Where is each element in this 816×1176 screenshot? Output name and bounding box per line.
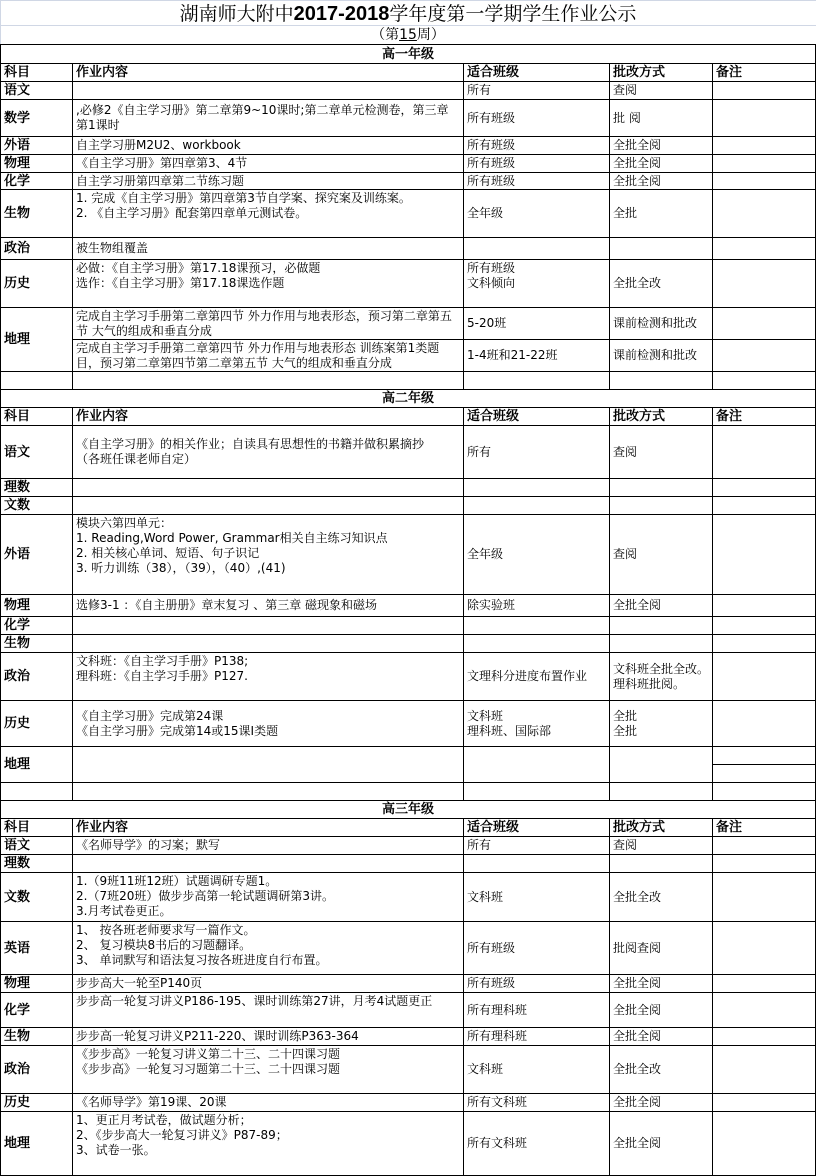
column-header: 备注: [712, 818, 816, 837]
grading-cell-text: 全批全阅: [613, 1136, 661, 1151]
grade-band: 高二年级: [0, 389, 816, 408]
subject-cell: 语文: [0, 425, 73, 479]
subject-cell: 文数: [0, 496, 73, 515]
grading-cell: 全批全阅: [609, 136, 713, 155]
note-cell: [712, 259, 816, 308]
classes-cell-text: 所有班级: [467, 174, 515, 189]
note-cell: [712, 782, 816, 801]
subject-cell: 历史: [0, 259, 73, 308]
note-cell: [712, 764, 816, 783]
note-cell: [712, 854, 816, 873]
column-header: 批改方式: [609, 818, 713, 837]
column-header-text: 批改方式: [613, 65, 665, 80]
subject-cell: 理数: [0, 478, 73, 497]
note-cell: [712, 974, 816, 993]
content-cell: [72, 81, 464, 100]
grading-cell: 全批全改: [609, 1045, 713, 1094]
grade-band-text: 高二年级: [382, 391, 434, 406]
content-cell-text: 1、更正月考试卷，做试题分析； 2、《步步高大一轮复习讲义》P87-89； 3、…: [76, 1113, 288, 1158]
subject-cell-text: 外语: [4, 138, 30, 153]
subject-cell: [0, 371, 73, 390]
subject-cell-text: 化学: [4, 1003, 30, 1018]
subject-cell-text: 理数: [4, 856, 30, 871]
content-cell-text: 步步高一轮复习讲义P211-220、课时训练P363-364: [76, 1029, 359, 1044]
content-cell-text: 《自主学习册》第四章第3、4节: [76, 156, 247, 171]
grading-cell-text: 课前检测和批改: [613, 348, 697, 363]
classes-cell: 文理科分进度布置作业: [463, 652, 610, 701]
grading-cell-text: 全批全改: [613, 276, 661, 291]
subject-cell: 文数: [0, 872, 73, 922]
grading-cell-text: 课前检测和批改: [613, 316, 697, 331]
content-cell: 自主学习册M2U2、workbook: [72, 136, 464, 155]
note-cell: [712, 1027, 816, 1046]
subject-cell: 政治: [0, 652, 73, 701]
classes-cell: [463, 371, 610, 390]
grading-cell-text: 查阅: [613, 547, 637, 562]
content-cell: 《自主学习册》完成第24课 《自主学习册》完成第14或15课Ⅰ类题: [72, 700, 464, 747]
grading-cell: 全批全阅: [609, 1027, 713, 1046]
grade-band-text: 高一年级: [382, 47, 434, 62]
content-cell: [72, 496, 464, 515]
subject-cell: 生物: [0, 1027, 73, 1046]
content-cell: [72, 782, 464, 801]
subject-cell: 物理: [0, 974, 73, 993]
classes-cell-text: 所有: [467, 838, 491, 853]
classes-cell-text: 所有班级: [467, 156, 515, 171]
grading-cell-text: 文科班全批全改。理科班批阅。: [613, 662, 709, 692]
classes-cell: [463, 616, 610, 635]
classes-cell-text: 所有理科班: [467, 1029, 527, 1044]
subject-cell-text: 化学: [4, 618, 30, 633]
classes-cell-text: 所有理科班: [467, 1003, 527, 1018]
content-cell-text: 1. 完成《自主学习册》第四章第3节自学案、探究案及训练案。 2. 《自主学习册…: [76, 191, 411, 221]
subject-cell-text: 物理: [4, 156, 30, 171]
grading-cell-text: 全批全阅: [613, 138, 661, 153]
classes-cell: 所有班级 文科倾向: [463, 259, 610, 308]
subject-cell: 语文: [0, 836, 73, 855]
classes-cell-text: 5-20班: [467, 316, 506, 331]
content-cell-text: ,必修2《自主学习册》第二章第9~10课时;第二章单元检测卷，第三章第1课时: [76, 103, 460, 133]
grade-band: 高一年级: [0, 44, 816, 64]
page-title: 湖南师大附中2017-2018学年度第一学期学生作业公示: [0, 0, 816, 26]
content-cell-text: 自主学习册第四章第二节练习题: [76, 174, 244, 189]
subject-cell: 地理: [0, 746, 73, 783]
classes-cell-text: 全年级: [467, 547, 503, 562]
note-cell: [712, 652, 816, 701]
column-header: 备注: [712, 63, 816, 82]
classes-cell-text: 文理科分进度布置作业: [467, 669, 587, 684]
subject-cell-text: 地理: [4, 332, 30, 347]
column-header: 适合班级: [463, 407, 610, 426]
grading-cell: 全批: [609, 189, 713, 238]
content-cell: 被生物组覆盖: [72, 237, 464, 260]
subject-cell-text: 政治: [4, 1062, 30, 1077]
subject-cell: 理数: [0, 854, 73, 873]
classes-cell-text: 全年级: [467, 206, 503, 221]
column-header-text: 作业内容: [76, 409, 128, 424]
note-cell: [712, 371, 816, 390]
note-cell: [712, 746, 816, 765]
note-cell: [712, 136, 816, 155]
content-cell-text: 步步高一轮复习讲义P186-195、课时训练第27讲，月考4试题更正: [76, 994, 432, 1009]
column-header-text: 适合班级: [467, 65, 519, 80]
classes-cell-text: 所有班级: [467, 111, 515, 126]
classes-cell: 所有班级: [463, 921, 610, 975]
grading-cell: [609, 237, 713, 260]
grading-cell-text: 全批全阅: [613, 598, 661, 613]
subject-cell-text: 生物: [4, 1029, 30, 1044]
grading-cell: 查阅: [609, 836, 713, 855]
grading-cell: 查阅: [609, 425, 713, 479]
grading-cell: 批阅查阅: [609, 921, 713, 975]
content-cell-text: 1.（9班11班12班）试题调研专题1。 2.（7班20班）做步步高第一轮试题调…: [76, 874, 334, 919]
grading-cell: [609, 634, 713, 653]
subject-cell: 外语: [0, 514, 73, 595]
content-cell-text: 模块六第四单元： 1. Reading,Word Power, Grammar相…: [76, 516, 388, 576]
classes-cell-text: 所有班级: [467, 941, 515, 956]
column-header: 科目: [0, 407, 73, 426]
grading-cell-text: 全批 全批: [613, 709, 637, 739]
grading-cell-text: 全批全改: [613, 1062, 661, 1077]
subject-cell: 政治: [0, 1045, 73, 1094]
column-header-text: 批改方式: [613, 820, 665, 835]
content-cell-text: 步步高大一轮至P140页: [76, 976, 202, 991]
classes-cell: 全年级: [463, 514, 610, 595]
content-cell-text: 完成自主学习手册第二章第四节 外力作用与地表形态 训练案第1类题目，预习第二章第…: [76, 341, 460, 371]
grading-cell-text: 全批全阅: [613, 1095, 661, 1110]
subject-cell-text: 政治: [4, 241, 30, 256]
subject-cell: 地理: [0, 1111, 73, 1176]
classes-cell: 所有文科班: [463, 1111, 610, 1176]
grading-cell-text: 批 阅: [613, 111, 641, 126]
content-cell: 完成自主学习手册第二章第四节 外力作用与地表形态 训练案第1类题目，预习第二章第…: [72, 339, 464, 372]
subject-cell-text: 外语: [4, 547, 30, 562]
column-header: 作业内容: [72, 407, 464, 426]
classes-cell-text: 所有文科班: [467, 1095, 527, 1110]
classes-cell: 除实验班: [463, 594, 610, 617]
content-cell: 《名师导学》的习案；默写: [72, 836, 464, 855]
column-header: 适合班级: [463, 63, 610, 82]
subject-cell-text: 生物: [4, 206, 30, 221]
subject-cell: 物理: [0, 154, 73, 173]
note-cell: [712, 172, 816, 190]
subject-cell: 外语: [0, 136, 73, 155]
classes-cell-text: 所有: [467, 83, 491, 98]
classes-cell-text: 文科班: [467, 1062, 503, 1077]
note-cell: [712, 237, 816, 260]
classes-cell: [463, 634, 610, 653]
note-cell: [712, 1111, 816, 1176]
content-cell: 选修3-1 ：《自主册册》章末复习 、第三章 磁现象和磁场: [72, 594, 464, 617]
content-cell-text: 《步步高》一轮复习讲义第二十三、二十四课习题 《步步高》一轮复习习题第二十三、二…: [76, 1047, 340, 1077]
content-cell: 必做：《自主学习册》第17.18课预习，必做题 选作：《自主学习册》第17.18…: [72, 259, 464, 308]
subject-cell: [0, 782, 73, 801]
subject-cell-text: 英语: [4, 941, 30, 956]
classes-cell: 文科班 理科班、国际部: [463, 700, 610, 747]
classes-cell: 所有: [463, 81, 610, 100]
note-cell: [712, 307, 816, 340]
content-cell-text: 自主学习册M2U2、workbook: [76, 138, 241, 153]
note-cell: [712, 634, 816, 653]
subject-cell: 化学: [0, 172, 73, 190]
content-cell-text: 《名师导学》第19课、20课: [76, 1095, 227, 1110]
classes-cell: 所有班级: [463, 172, 610, 190]
classes-cell-text: 除实验班: [467, 598, 515, 613]
note-cell: [712, 700, 816, 747]
note-cell: [712, 496, 816, 515]
content-cell: 自主学习册第四章第二节练习题: [72, 172, 464, 190]
grading-cell-text: 全批全阅: [613, 174, 661, 189]
subject-cell: 化学: [0, 992, 73, 1028]
subject-cell: 历史: [0, 1093, 73, 1112]
note-cell: [712, 872, 816, 922]
subject-cell: 历史: [0, 700, 73, 747]
classes-cell: [463, 237, 610, 260]
note-cell: [712, 921, 816, 975]
content-cell: 文科班：《自主学习手册》P138; 理科班：《自主学习手册》P127.: [72, 652, 464, 701]
classes-cell: 所有: [463, 425, 610, 479]
note-cell: [712, 594, 816, 617]
content-cell: 步步高一轮复习讲义P186-195、课时训练第27讲，月考4试题更正: [72, 992, 464, 1028]
column-header: 批改方式: [609, 407, 713, 426]
grading-cell-text: 全批: [613, 206, 637, 221]
content-cell-text: 1、 按各班老师要求写一篇作文。 2、 复习模块8书后的习题翻译。 3、 单词默…: [76, 923, 327, 968]
content-cell: 步步高一轮复习讲义P211-220、课时训练P363-364: [72, 1027, 464, 1046]
column-header-text: 适合班级: [467, 409, 519, 424]
subject-cell: 地理: [0, 307, 73, 372]
note-cell: [712, 616, 816, 635]
classes-cell: 文科班: [463, 1045, 610, 1094]
grading-cell: 全批 全批: [609, 700, 713, 747]
content-cell: 步步高大一轮至P140页: [72, 974, 464, 993]
note-cell: [712, 836, 816, 855]
content-cell: 1、更正月考试卷，做试题分析； 2、《步步高大一轮复习讲义》P87-89； 3、…: [72, 1111, 464, 1176]
classes-cell-text: 所有班级 文科倾向: [467, 261, 515, 291]
grading-cell-text: 全批全改: [613, 890, 661, 905]
column-header-text: 作业内容: [76, 65, 128, 80]
grading-cell: 全批全阅: [609, 594, 713, 617]
classes-cell: 所有: [463, 836, 610, 855]
content-cell: [72, 854, 464, 873]
grade-band-text: 高三年级: [382, 802, 434, 817]
content-cell: [72, 478, 464, 497]
column-header: 批改方式: [609, 63, 713, 82]
grading-cell: 查阅: [609, 514, 713, 595]
grading-cell-text: 全批全阅: [613, 1029, 661, 1044]
classes-cell: 5-20班: [463, 307, 610, 340]
subject-cell-text: 文数: [4, 498, 30, 513]
content-cell: 《步步高》一轮复习讲义第二十三、二十四课习题 《步步高》一轮复习习题第二十三、二…: [72, 1045, 464, 1094]
classes-cell-text: 所有: [467, 445, 491, 460]
classes-cell-text: 文科班 理科班、国际部: [467, 709, 551, 739]
content-cell-text: 被生物组覆盖: [76, 241, 148, 256]
classes-cell: 所有理科班: [463, 992, 610, 1028]
content-cell-text: 《名师导学》的习案；默写: [76, 838, 220, 853]
subject-cell: 英语: [0, 921, 73, 975]
content-cell: [72, 616, 464, 635]
subject-cell: 物理: [0, 594, 73, 617]
subject-cell-text: 生物: [4, 636, 30, 651]
subject-cell: 语文: [0, 81, 73, 100]
content-cell: 1. 完成《自主学习册》第四章第3节自学案、探究案及训练案。 2. 《自主学习册…: [72, 189, 464, 238]
classes-cell: 所有班级: [463, 974, 610, 993]
note-cell: [712, 425, 816, 479]
subject-cell-text: 物理: [4, 976, 30, 991]
subject-cell-text: 语文: [4, 83, 30, 98]
grading-cell: 全批全阅: [609, 992, 713, 1028]
note-cell: [712, 992, 816, 1028]
note-cell: [712, 81, 816, 100]
classes-cell: [463, 782, 610, 801]
grading-cell: [609, 478, 713, 497]
grading-cell: [609, 371, 713, 390]
subject-cell-text: 政治: [4, 669, 30, 684]
column-header-text: 科目: [4, 409, 30, 424]
note-cell: [712, 1093, 816, 1112]
grading-cell-text: 查阅: [613, 445, 637, 460]
grading-cell: 全批全阅: [609, 974, 713, 993]
note-cell: [712, 189, 816, 238]
content-cell: 《自主学习册》的相关作业；自读具有思想性的书籍并做积累摘抄 （各班任课老师自定）: [72, 425, 464, 479]
content-cell-text: 《自主学习册》完成第24课 《自主学习册》完成第14或15课Ⅰ类题: [76, 709, 278, 739]
grading-cell: [609, 496, 713, 515]
classes-cell: 全年级: [463, 189, 610, 238]
note-cell: [712, 99, 816, 137]
grading-cell: 课前检测和批改: [609, 307, 713, 340]
grading-cell: [609, 616, 713, 635]
classes-cell: 所有理科班: [463, 1027, 610, 1046]
column-header-text: 备注: [716, 409, 742, 424]
subject-cell-text: 地理: [4, 757, 30, 772]
grading-cell-text: 全批全阅: [613, 156, 661, 171]
subject-cell-text: 文数: [4, 890, 30, 905]
column-header: 作业内容: [72, 818, 464, 837]
week-number: 15: [399, 27, 417, 43]
content-cell-text: 《自主学习册》的相关作业；自读具有思想性的书籍并做积累摘抄 （各班任课老师自定）: [76, 437, 424, 467]
subject-cell-text: 语文: [4, 445, 30, 460]
grading-cell: 批 阅: [609, 99, 713, 137]
grading-cell: 文科班全批全改。理科班批阅。: [609, 652, 713, 701]
subject-cell-text: 语文: [4, 838, 30, 853]
classes-cell: 所有班级: [463, 99, 610, 137]
content-cell-text: 必做：《自主学习册》第17.18课预习，必做题 选作：《自主学习册》第17.18…: [76, 261, 320, 291]
subject-cell-text: 数学: [4, 111, 30, 126]
note-cell: [712, 339, 816, 372]
column-header: 备注: [712, 407, 816, 426]
content-cell: [72, 634, 464, 653]
classes-cell: 1-4班和21-22班: [463, 339, 610, 372]
content-cell: 完成自主学习手册第二章第四节 外力作用与地表形态，预习第二章第五节 大气的组成和…: [72, 307, 464, 340]
classes-cell: [463, 478, 610, 497]
grading-cell-text: 查阅: [613, 83, 637, 98]
subject-cell: 数学: [0, 99, 73, 137]
classes-cell-text: 所有班级: [467, 138, 515, 153]
grading-cell: [609, 854, 713, 873]
grading-cell: 全批全阅: [609, 1111, 713, 1176]
note-cell: [712, 478, 816, 497]
grading-cell-text: 全批全阅: [613, 976, 661, 991]
classes-cell: 所有文科班: [463, 1093, 610, 1112]
grading-cell: [609, 782, 713, 801]
subject-cell: 政治: [0, 237, 73, 260]
note-cell: [712, 1045, 816, 1094]
content-cell: [72, 746, 464, 783]
content-cell: 《名师导学》第19课、20课: [72, 1093, 464, 1112]
note-cell: [712, 514, 816, 595]
content-cell: [72, 371, 464, 390]
column-header-text: 备注: [716, 65, 742, 80]
subject-cell: 生物: [0, 189, 73, 238]
classes-cell: [463, 746, 610, 783]
note-cell: [712, 154, 816, 173]
grading-cell: 全批全阅: [609, 172, 713, 190]
grading-cell: 全批全阅: [609, 1093, 713, 1112]
subject-cell-text: 历史: [4, 1095, 30, 1110]
grading-cell: 查阅: [609, 81, 713, 100]
homework-sheet: 湖南师大附中2017-2018学年度第一学期学生作业公示 （第15周） 高一年级…: [0, 0, 816, 1176]
grading-cell-text: 全批全阅: [613, 1003, 661, 1018]
grading-cell: 课前检测和批改: [609, 339, 713, 372]
grading-cell: 全批全改: [609, 259, 713, 308]
classes-cell: 文科班: [463, 872, 610, 922]
content-cell: ,必修2《自主学习册》第二章第9~10课时;第二章单元检测卷，第三章第1课时: [72, 99, 464, 137]
content-cell: 《自主学习册》第四章第3、4节: [72, 154, 464, 173]
subject-cell-text: 历史: [4, 276, 30, 291]
column-header-text: 作业内容: [76, 820, 128, 835]
subject-cell-text: 地理: [4, 1136, 30, 1151]
subject-cell-text: 理数: [4, 480, 30, 495]
column-header-text: 适合班级: [467, 820, 519, 835]
subject-cell: 生物: [0, 634, 73, 653]
classes-cell: 所有班级: [463, 154, 610, 173]
classes-cell: [463, 854, 610, 873]
column-header: 科目: [0, 818, 73, 837]
column-header-text: 科目: [4, 820, 30, 835]
classes-cell-text: 所有文科班: [467, 1136, 527, 1151]
grading-cell: 全批全改: [609, 872, 713, 922]
week-label: （第15周）: [0, 26, 816, 45]
content-cell-text: 选修3-1 ：《自主册册》章末复习 、第三章 磁现象和磁场: [76, 598, 377, 613]
column-header-text: 科目: [4, 65, 30, 80]
classes-cell-text: 文科班: [467, 890, 503, 905]
content-cell-text: 文科班：《自主学习手册》P138; 理科班：《自主学习手册》P127.: [76, 654, 248, 684]
column-header-text: 备注: [716, 820, 742, 835]
subject-cell-text: 物理: [4, 598, 30, 613]
column-header: 作业内容: [72, 63, 464, 82]
grading-cell-text: 查阅: [613, 838, 637, 853]
subject-cell-text: 历史: [4, 716, 30, 731]
grading-cell: [609, 746, 713, 783]
classes-cell-text: 1-4班和21-22班: [467, 348, 557, 363]
grade-band: 高三年级: [0, 800, 816, 819]
content-cell-text: 完成自主学习手册第二章第四节 外力作用与地表形态，预习第二章第五节 大气的组成和…: [76, 309, 460, 339]
column-header: 科目: [0, 63, 73, 82]
grading-cell-text: 批阅查阅: [613, 941, 661, 956]
column-header-text: 批改方式: [613, 409, 665, 424]
classes-cell-text: 所有班级: [467, 976, 515, 991]
content-cell: 1、 按各班老师要求写一篇作文。 2、 复习模块8书后的习题翻译。 3、 单词默…: [72, 921, 464, 975]
grading-cell: 全批全阅: [609, 154, 713, 173]
subject-cell-text: 化学: [4, 174, 30, 189]
column-header: 适合班级: [463, 818, 610, 837]
classes-cell: 所有班级: [463, 136, 610, 155]
classes-cell: [463, 496, 610, 515]
subject-cell: 化学: [0, 616, 73, 635]
content-cell: 模块六第四单元： 1. Reading,Word Power, Grammar相…: [72, 514, 464, 595]
content-cell: 1.（9班11班12班）试题调研专题1。 2.（7班20班）做步步高第一轮试题调…: [72, 872, 464, 922]
